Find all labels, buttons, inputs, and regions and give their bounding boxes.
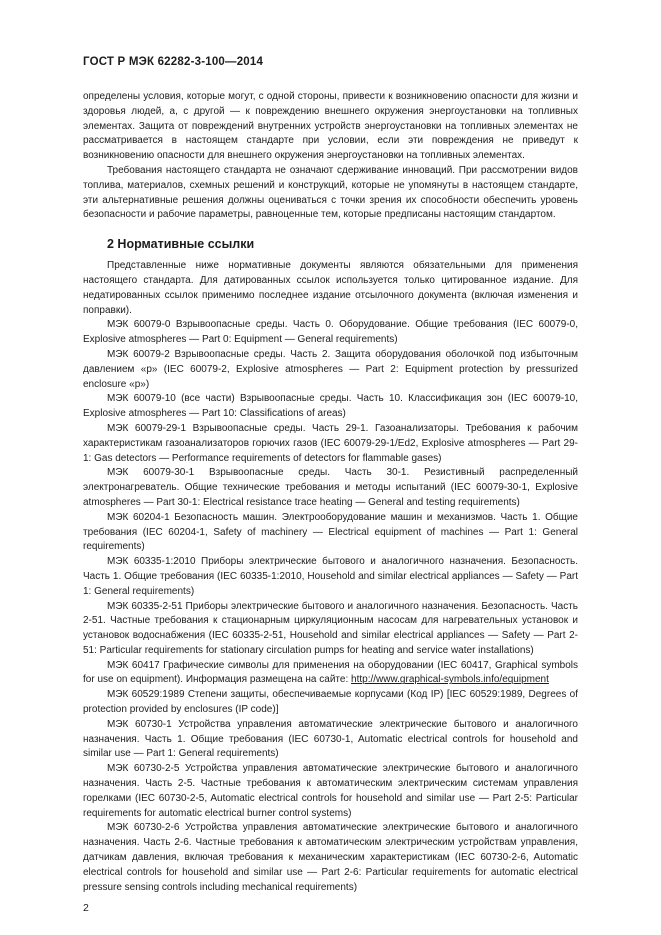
intro-paragraph-continuation: определены условия, которые могут, с одн…	[83, 90, 578, 164]
section-intro-paragraph: Представленные ниже нормативные документ…	[83, 259, 578, 318]
document-body: определены условия, которые могут, с одн…	[83, 90, 578, 895]
reference-item: МЭК 60079-10 (все части) Взрывоопасные с…	[83, 392, 578, 422]
reference-item: МЭК 60730-2-6 Устройства управления авто…	[83, 821, 578, 895]
running-header-standard-number: ГОСТ Р МЭК 62282-3-100—2014	[83, 56, 578, 68]
reference-item: МЭК 60079-2 Взрывоопасные среды. Часть 2…	[83, 348, 578, 392]
reference-item: МЭК 60079-0 Взрывоопасные среды. Часть 0…	[83, 318, 578, 348]
intro-paragraph-innovation: Требования настоящего стандарта не означ…	[83, 164, 578, 223]
reference-item: МЭК 60079-30-1 Взрывоопасные среды. Част…	[83, 466, 578, 510]
reference-item: МЭК 60079-29-1 Взрывоопасные среды. Част…	[83, 422, 578, 466]
reference-link[interactable]: http://www.graphical-symbols.info/equipm…	[351, 674, 549, 685]
section-heading: 2 Нормативные ссылки	[107, 237, 578, 251]
reference-item: МЭК 60730-2-5 Устройства управления авто…	[83, 762, 578, 821]
page-number: 2	[83, 902, 578, 914]
reference-item: МЭК 60204-1 Безопасность машин. Электроо…	[83, 511, 578, 555]
document-page: ГОСТ Р МЭК 62282-3-100—2014 определены у…	[0, 0, 661, 935]
reference-item: МЭК 60335-1:2010 Приборы электрические б…	[83, 555, 578, 599]
reference-item: МЭК 60335-2-51 Приборы электрические быт…	[83, 600, 578, 659]
reference-item: МЭК 60417 Графические символы для примен…	[83, 659, 578, 689]
reference-item: МЭК 60529:1989 Степени защиты, обеспечив…	[83, 688, 578, 718]
reference-item: МЭК 60730-1 Устройства управления автома…	[83, 718, 578, 762]
